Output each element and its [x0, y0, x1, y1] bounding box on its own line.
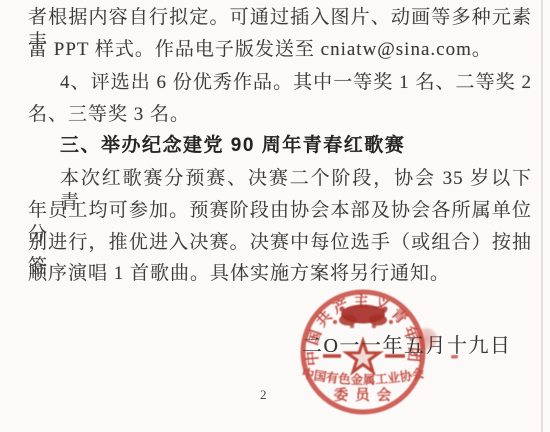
section-heading: 三、举办纪念建党 90 周年青春红歌赛 [60, 134, 405, 158]
scan-edge-line [541, 0, 543, 432]
document-line: 名、三等奖 3 名。 [28, 103, 190, 127]
document-line: 富 PPT 样式。作品电子版发送至 cniatw@sina.com。 [28, 38, 492, 62]
document-line: 4、评选出 6 份优秀作品。其中一等奖 1 名、二等奖 2 [60, 71, 532, 95]
page-number: 2 [260, 387, 267, 403]
scanned-document-page: 者根据内容自行拟定。可通过插入图片、动画等多种元素丰 富 PPT 样式。作品电子… [0, 0, 550, 432]
date-line: 二O一一年五月十九日 [302, 329, 511, 358]
seal-org-text: 中国有色金属工业协会 [300, 365, 426, 387]
seal-emblem-blob [333, 305, 393, 329]
seal-committee-text: 委员会 [334, 386, 399, 404]
